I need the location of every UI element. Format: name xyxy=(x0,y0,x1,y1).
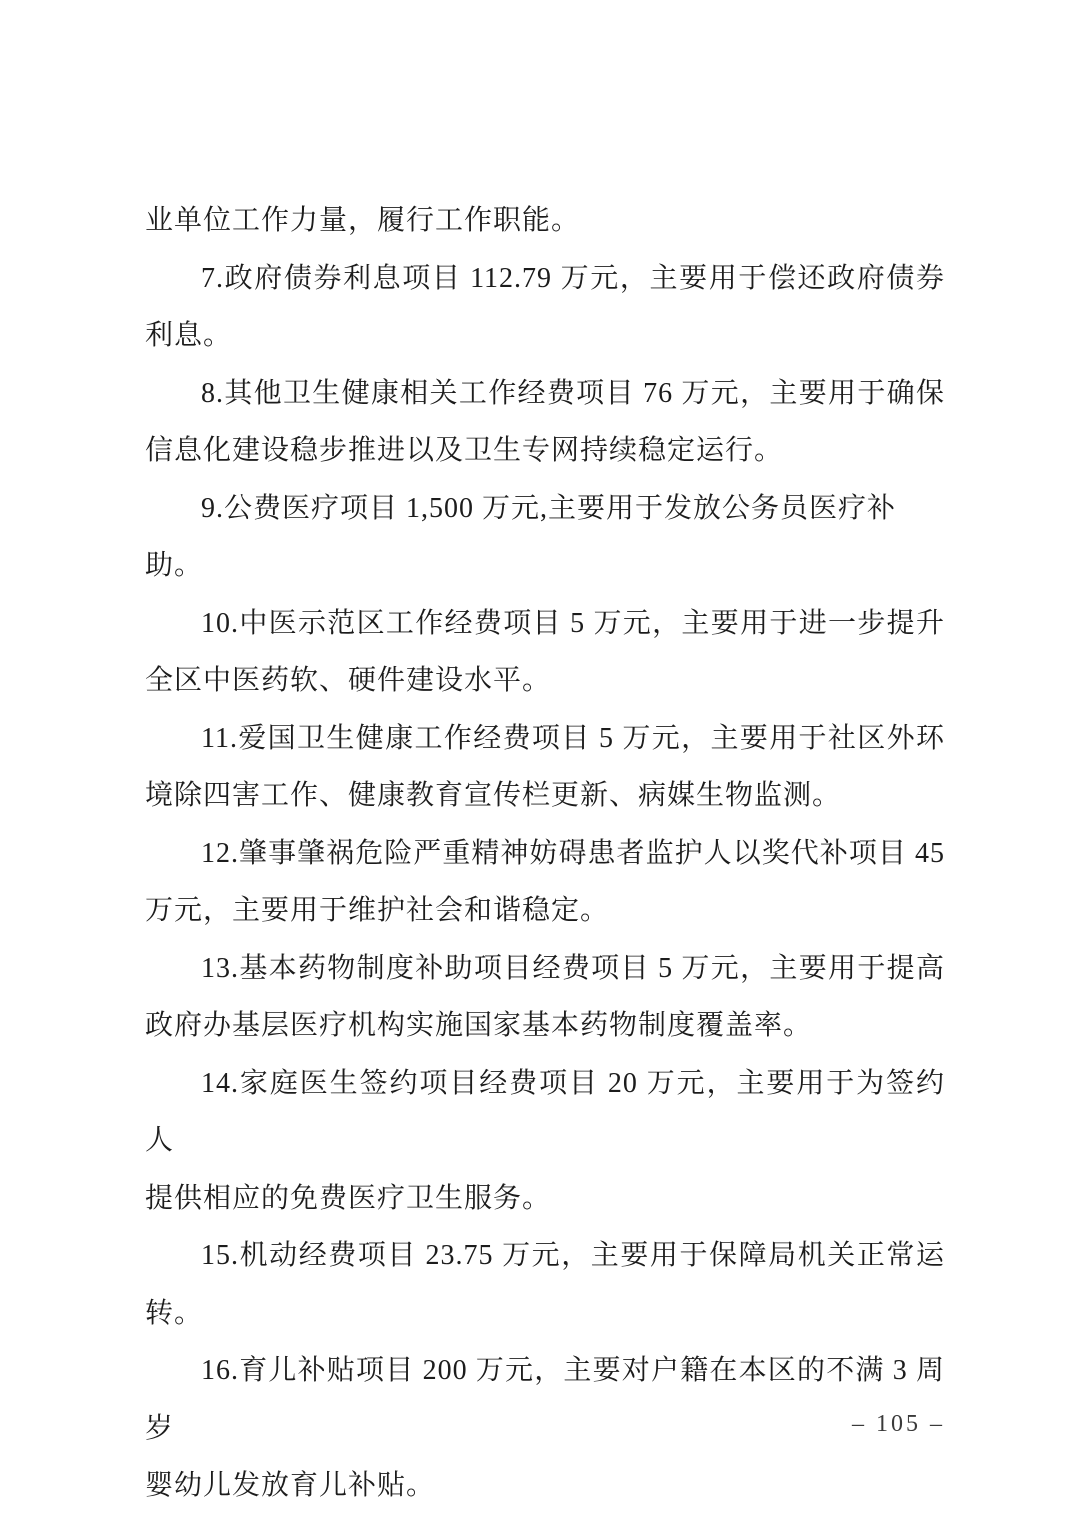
paragraph: 11.爱国卫生健康工作经费项目 5 万元，主要用于社区外环境除四害工作、健康教育… xyxy=(145,710,945,825)
paragraph: 12.肇事肇祸危险严重精神妨碍患者监护人以奖代补项目 45万元，主要用于维护社会… xyxy=(145,825,945,940)
text-line: 万元，主要用于维护社会和谐稳定。 xyxy=(145,882,945,940)
paragraph: 业单位工作力量，履行工作职能。 xyxy=(145,192,945,250)
text-line: 婴幼儿发放育儿补贴。 xyxy=(145,1457,945,1515)
paragraph: 14.家庭医生签约项目经费项目 20 万元，主要用于为签约人提供相应的免费医疗卫… xyxy=(145,1055,945,1228)
text-line: 13.基本药物制度补助项目经费项目 5 万元，主要用于提高 xyxy=(145,940,945,998)
document-body: 业单位工作力量，履行工作职能。7.政府债券利息项目 112.79 万元，主要用于… xyxy=(145,192,945,1515)
text-line: 转。 xyxy=(145,1285,945,1343)
paragraph: 10.中医示范区工作经费项目 5 万元，主要用于进一步提升全区中医药软、硬件建设… xyxy=(145,595,945,710)
document-page: 业单位工作力量，履行工作职能。7.政府债券利息项目 112.79 万元，主要用于… xyxy=(0,0,1074,1520)
text-line: 8.其他卫生健康相关工作经费项目 76 万元，主要用于确保 xyxy=(145,365,945,423)
paragraph: 15.机动经费项目 23.75 万元，主要用于保障局机关正常运转。 xyxy=(145,1227,945,1342)
paragraph: 9.公费医疗项目 1,500 万元,主要用于发放公务员医疗补助。 xyxy=(145,480,945,595)
text-line: 信息化建设稳步推进以及卫生专网持续稳定运行。 xyxy=(145,422,945,480)
text-line: 政府办基层医疗机构实施国家基本药物制度覆盖率。 xyxy=(145,997,945,1055)
page-number: – 105 – xyxy=(852,1411,945,1437)
text-line: 11.爱国卫生健康工作经费项目 5 万元，主要用于社区外环 xyxy=(145,710,945,768)
text-line: 7.政府债券利息项目 112.79 万元，主要用于偿还政府债券 xyxy=(145,250,945,308)
paragraph: 16.育儿补贴项目 200 万元，主要对户籍在本区的不满 3 周岁婴幼儿发放育儿… xyxy=(145,1342,945,1515)
text-line: 全区中医药软、硬件建设水平。 xyxy=(145,652,945,710)
paragraph: 8.其他卫生健康相关工作经费项目 76 万元，主要用于确保信息化建设稳步推进以及… xyxy=(145,365,945,480)
text-line: 利息。 xyxy=(145,307,945,365)
text-line: 9.公费医疗项目 1,500 万元,主要用于发放公务员医疗补助。 xyxy=(145,480,945,595)
text-line: 境除四害工作、健康教育宣传栏更新、病媒生物监测。 xyxy=(145,767,945,825)
paragraph: 7.政府债券利息项目 112.79 万元，主要用于偿还政府债券利息。 xyxy=(145,250,945,365)
text-line: 12.肇事肇祸危险严重精神妨碍患者监护人以奖代补项目 45 xyxy=(145,825,945,883)
text-line: 16.育儿补贴项目 200 万元，主要对户籍在本区的不满 3 周岁 xyxy=(145,1342,945,1457)
text-line: 14.家庭医生签约项目经费项目 20 万元，主要用于为签约人 xyxy=(145,1055,945,1170)
text-line: 提供相应的免费医疗卫生服务。 xyxy=(145,1170,945,1228)
page-footer: – 105 – xyxy=(852,1408,945,1440)
paragraph: 13.基本药物制度补助项目经费项目 5 万元，主要用于提高政府办基层医疗机构实施… xyxy=(145,940,945,1055)
text-line: 15.机动经费项目 23.75 万元，主要用于保障局机关正常运 xyxy=(145,1227,945,1285)
text-line: 业单位工作力量，履行工作职能。 xyxy=(145,192,945,250)
text-line: 10.中医示范区工作经费项目 5 万元，主要用于进一步提升 xyxy=(145,595,945,653)
